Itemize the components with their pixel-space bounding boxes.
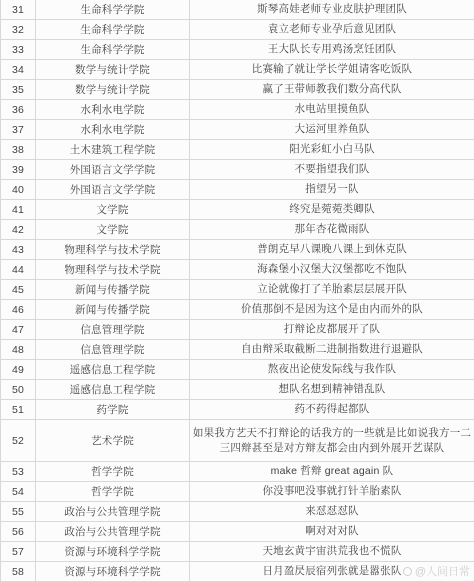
table-row: 40外国语言文学学院指望另一队 <box>1 180 474 200</box>
table-row: 45新闻与传播学院立论就像打了羊胎素层层展开队 <box>1 280 474 300</box>
college-cell: 政治与公共管理学院 <box>36 502 190 521</box>
row-number: 54 <box>1 482 36 501</box>
college-cell: 信息管理学院 <box>36 320 190 339</box>
row-number: 49 <box>1 360 36 379</box>
college-cell: 外国语言文学学院 <box>36 180 190 199</box>
college-cell: 哲学学院 <box>36 482 190 501</box>
row-number: 46 <box>1 300 36 319</box>
college-cell: 新闻与传播学院 <box>36 300 190 319</box>
college-cell: 资源与环境科学学院 <box>36 542 190 561</box>
table-row: 46新闻与传播学院价值那倒不是因为这个是由内而外的队 <box>1 300 474 320</box>
row-number: 43 <box>1 240 36 259</box>
row-number: 55 <box>1 502 36 521</box>
college-cell: 新闻与传播学院 <box>36 280 190 299</box>
team-cell: 指望另一队 <box>190 180 474 199</box>
row-number: 42 <box>1 220 36 239</box>
row-number: 39 <box>1 160 36 179</box>
team-cell: 天地玄黄宇宙洪荒我也不慌队 <box>190 542 474 561</box>
row-number: 35 <box>1 80 36 99</box>
college-cell: 生命科学学院 <box>36 40 190 59</box>
table-row: 43物理科学与技术学院普朗克早八课晚八课上到休克队 <box>1 240 474 260</box>
college-cell: 遥感信息工程学院 <box>36 380 190 399</box>
row-number: 53 <box>1 462 36 481</box>
table-row: 52艺术学院如果我方艺天不打辩论的话我方的一些就是比如说我方一二三四辩甚至是对方… <box>1 420 474 462</box>
table-row: 47信息管理学院打辩论皮都展开了队 <box>1 320 474 340</box>
team-cell: 啊对对对队 <box>190 522 474 541</box>
college-cell: 土木建筑工程学院 <box>36 140 190 159</box>
college-cell: 水利水电学院 <box>36 100 190 119</box>
college-cell: 文学院 <box>36 220 190 239</box>
team-cell: 普朗克早八课晚八课上到休克队 <box>190 240 474 259</box>
team-cell: 那年杏花微雨队 <box>190 220 474 239</box>
row-number: 38 <box>1 140 36 159</box>
table-row: 51药学院药不药得起都队 <box>1 400 474 420</box>
college-cell: 数学与统计学院 <box>36 60 190 79</box>
table-row: 34数学与统计学院比赛输了就让学长学姐请客吃饭队 <box>1 60 474 80</box>
row-number: 40 <box>1 180 36 199</box>
table-row: 35数学与统计学院赢了王带师教我们数分高代队 <box>1 80 474 100</box>
college-cell: 艺术学院 <box>36 420 190 461</box>
table-row: 50遥感信息工程学院想队名想到精神错乱队 <box>1 380 474 400</box>
college-cell: 物理科学与技术学院 <box>36 260 190 279</box>
table-row: 54哲学学院你没事吧没事就打针羊胎素队 <box>1 482 474 502</box>
row-number: 37 <box>1 120 36 139</box>
table-row: 32生命科学学院袁立老师专业孕后意见团队 <box>1 20 474 40</box>
row-number: 45 <box>1 280 36 299</box>
table-row: 58资源与环境科学学院日月盈昃辰宿列张就是嚣张队 <box>1 562 474 582</box>
table-row: 38土木建筑工程学院阳光彩虹小白马队 <box>1 140 474 160</box>
college-cell: 政治与公共管理学院 <box>36 522 190 541</box>
college-cell: 药学院 <box>36 400 190 419</box>
college-cell: 生命科学学院 <box>36 0 190 19</box>
team-cell: 终究是菀菀类卿队 <box>190 200 474 219</box>
team-cell: 比赛输了就让学长学姐请客吃饭队 <box>190 60 474 79</box>
row-number: 57 <box>1 542 36 561</box>
teams-table: 31生命科学学院斯琴高娃老师专业皮肤护理团队32生命科学学院袁立老师专业孕后意见… <box>0 0 474 582</box>
table-row: 39外国语言文学学院不要指望我们队 <box>1 160 474 180</box>
team-cell: 海森堡小汉堡大汉堡都吃不饱队 <box>190 260 474 279</box>
team-cell: 大运河里养鱼队 <box>190 120 474 139</box>
row-number: 33 <box>1 40 36 59</box>
college-cell: 资源与环境科学学院 <box>36 562 190 581</box>
team-cell: 水电站里摸鱼队 <box>190 100 474 119</box>
team-cell: 如果我方艺天不打辩论的话我方的一些就是比如说我方一二三四辩甚至是对方辩友都会由内… <box>190 420 474 461</box>
table-row: 31生命科学学院斯琴高娃老师专业皮肤护理团队 <box>1 0 474 20</box>
row-number: 58 <box>1 562 36 581</box>
table-row: 44物理科学与技术学院海森堡小汉堡大汉堡都吃不饱队 <box>1 260 474 280</box>
college-cell: 遥感信息工程学院 <box>36 360 190 379</box>
row-number: 44 <box>1 260 36 279</box>
team-cell: 袁立老师专业孕后意见团队 <box>190 20 474 39</box>
table-row: 42文学院那年杏花微雨队 <box>1 220 474 240</box>
team-cell: 阳光彩虹小白马队 <box>190 140 474 159</box>
team-cell: 立论就像打了羊胎素层层展开队 <box>190 280 474 299</box>
row-number: 31 <box>1 0 36 19</box>
college-cell: 文学院 <box>36 200 190 219</box>
college-cell: 物理科学与技术学院 <box>36 240 190 259</box>
row-number: 32 <box>1 20 36 39</box>
table-row: 57资源与环境科学学院天地玄黄宇宙洪荒我也不慌队 <box>1 542 474 562</box>
team-cell: 价值那倒不是因为这个是由内而外的队 <box>190 300 474 319</box>
college-cell: 信息管理学院 <box>36 340 190 359</box>
team-cell: 王大队长专用鸡汤烹饪团队 <box>190 40 474 59</box>
table-row: 53哲学学院make 哲辩 great again 队 <box>1 462 474 482</box>
college-cell: 哲学学院 <box>36 462 190 481</box>
table-row: 56政治与公共管理学院啊对对对队 <box>1 522 474 542</box>
table-row: 33生命科学学院王大队长专用鸡汤烹饪团队 <box>1 40 474 60</box>
team-cell: make 哲辩 great again 队 <box>190 462 474 481</box>
team-cell: 赢了王带师教我们数分高代队 <box>190 80 474 99</box>
team-cell: 熬夜出论使发际线与我作队 <box>190 360 474 379</box>
row-number: 41 <box>1 200 36 219</box>
row-number: 36 <box>1 100 36 119</box>
team-cell: 想队名想到精神错乱队 <box>190 380 474 399</box>
table-row: 37水利水电学院大运河里养鱼队 <box>1 120 474 140</box>
team-cell: 来怼怼怼队 <box>190 502 474 521</box>
team-cell: 药不药得起都队 <box>190 400 474 419</box>
team-cell: 自由辩采取截断二进制指数进行退避队 <box>190 340 474 359</box>
college-cell: 水利水电学院 <box>36 120 190 139</box>
team-cell: 不要指望我们队 <box>190 160 474 179</box>
team-cell: 日月盈昃辰宿列张就是嚣张队 <box>190 562 474 581</box>
table-row: 49遥感信息工程学院熬夜出论使发际线与我作队 <box>1 360 474 380</box>
row-number: 50 <box>1 380 36 399</box>
row-number: 48 <box>1 340 36 359</box>
team-cell: 打辩论皮都展开了队 <box>190 320 474 339</box>
row-number: 47 <box>1 320 36 339</box>
row-number: 51 <box>1 400 36 419</box>
team-cell: 斯琴高娃老师专业皮肤护理团队 <box>190 0 474 19</box>
table-row: 48信息管理学院自由辩采取截断二进制指数进行退避队 <box>1 340 474 360</box>
college-cell: 生命科学学院 <box>36 20 190 39</box>
row-number: 56 <box>1 522 36 541</box>
college-cell: 外国语言文学学院 <box>36 160 190 179</box>
row-number: 52 <box>1 420 36 461</box>
college-cell: 数学与统计学院 <box>36 80 190 99</box>
table-row: 36水利水电学院水电站里摸鱼队 <box>1 100 474 120</box>
table-row: 41文学院终究是菀菀类卿队 <box>1 200 474 220</box>
table-row: 55政治与公共管理学院来怼怼怼队 <box>1 502 474 522</box>
team-cell: 你没事吧没事就打针羊胎素队 <box>190 482 474 501</box>
row-number: 34 <box>1 60 36 79</box>
